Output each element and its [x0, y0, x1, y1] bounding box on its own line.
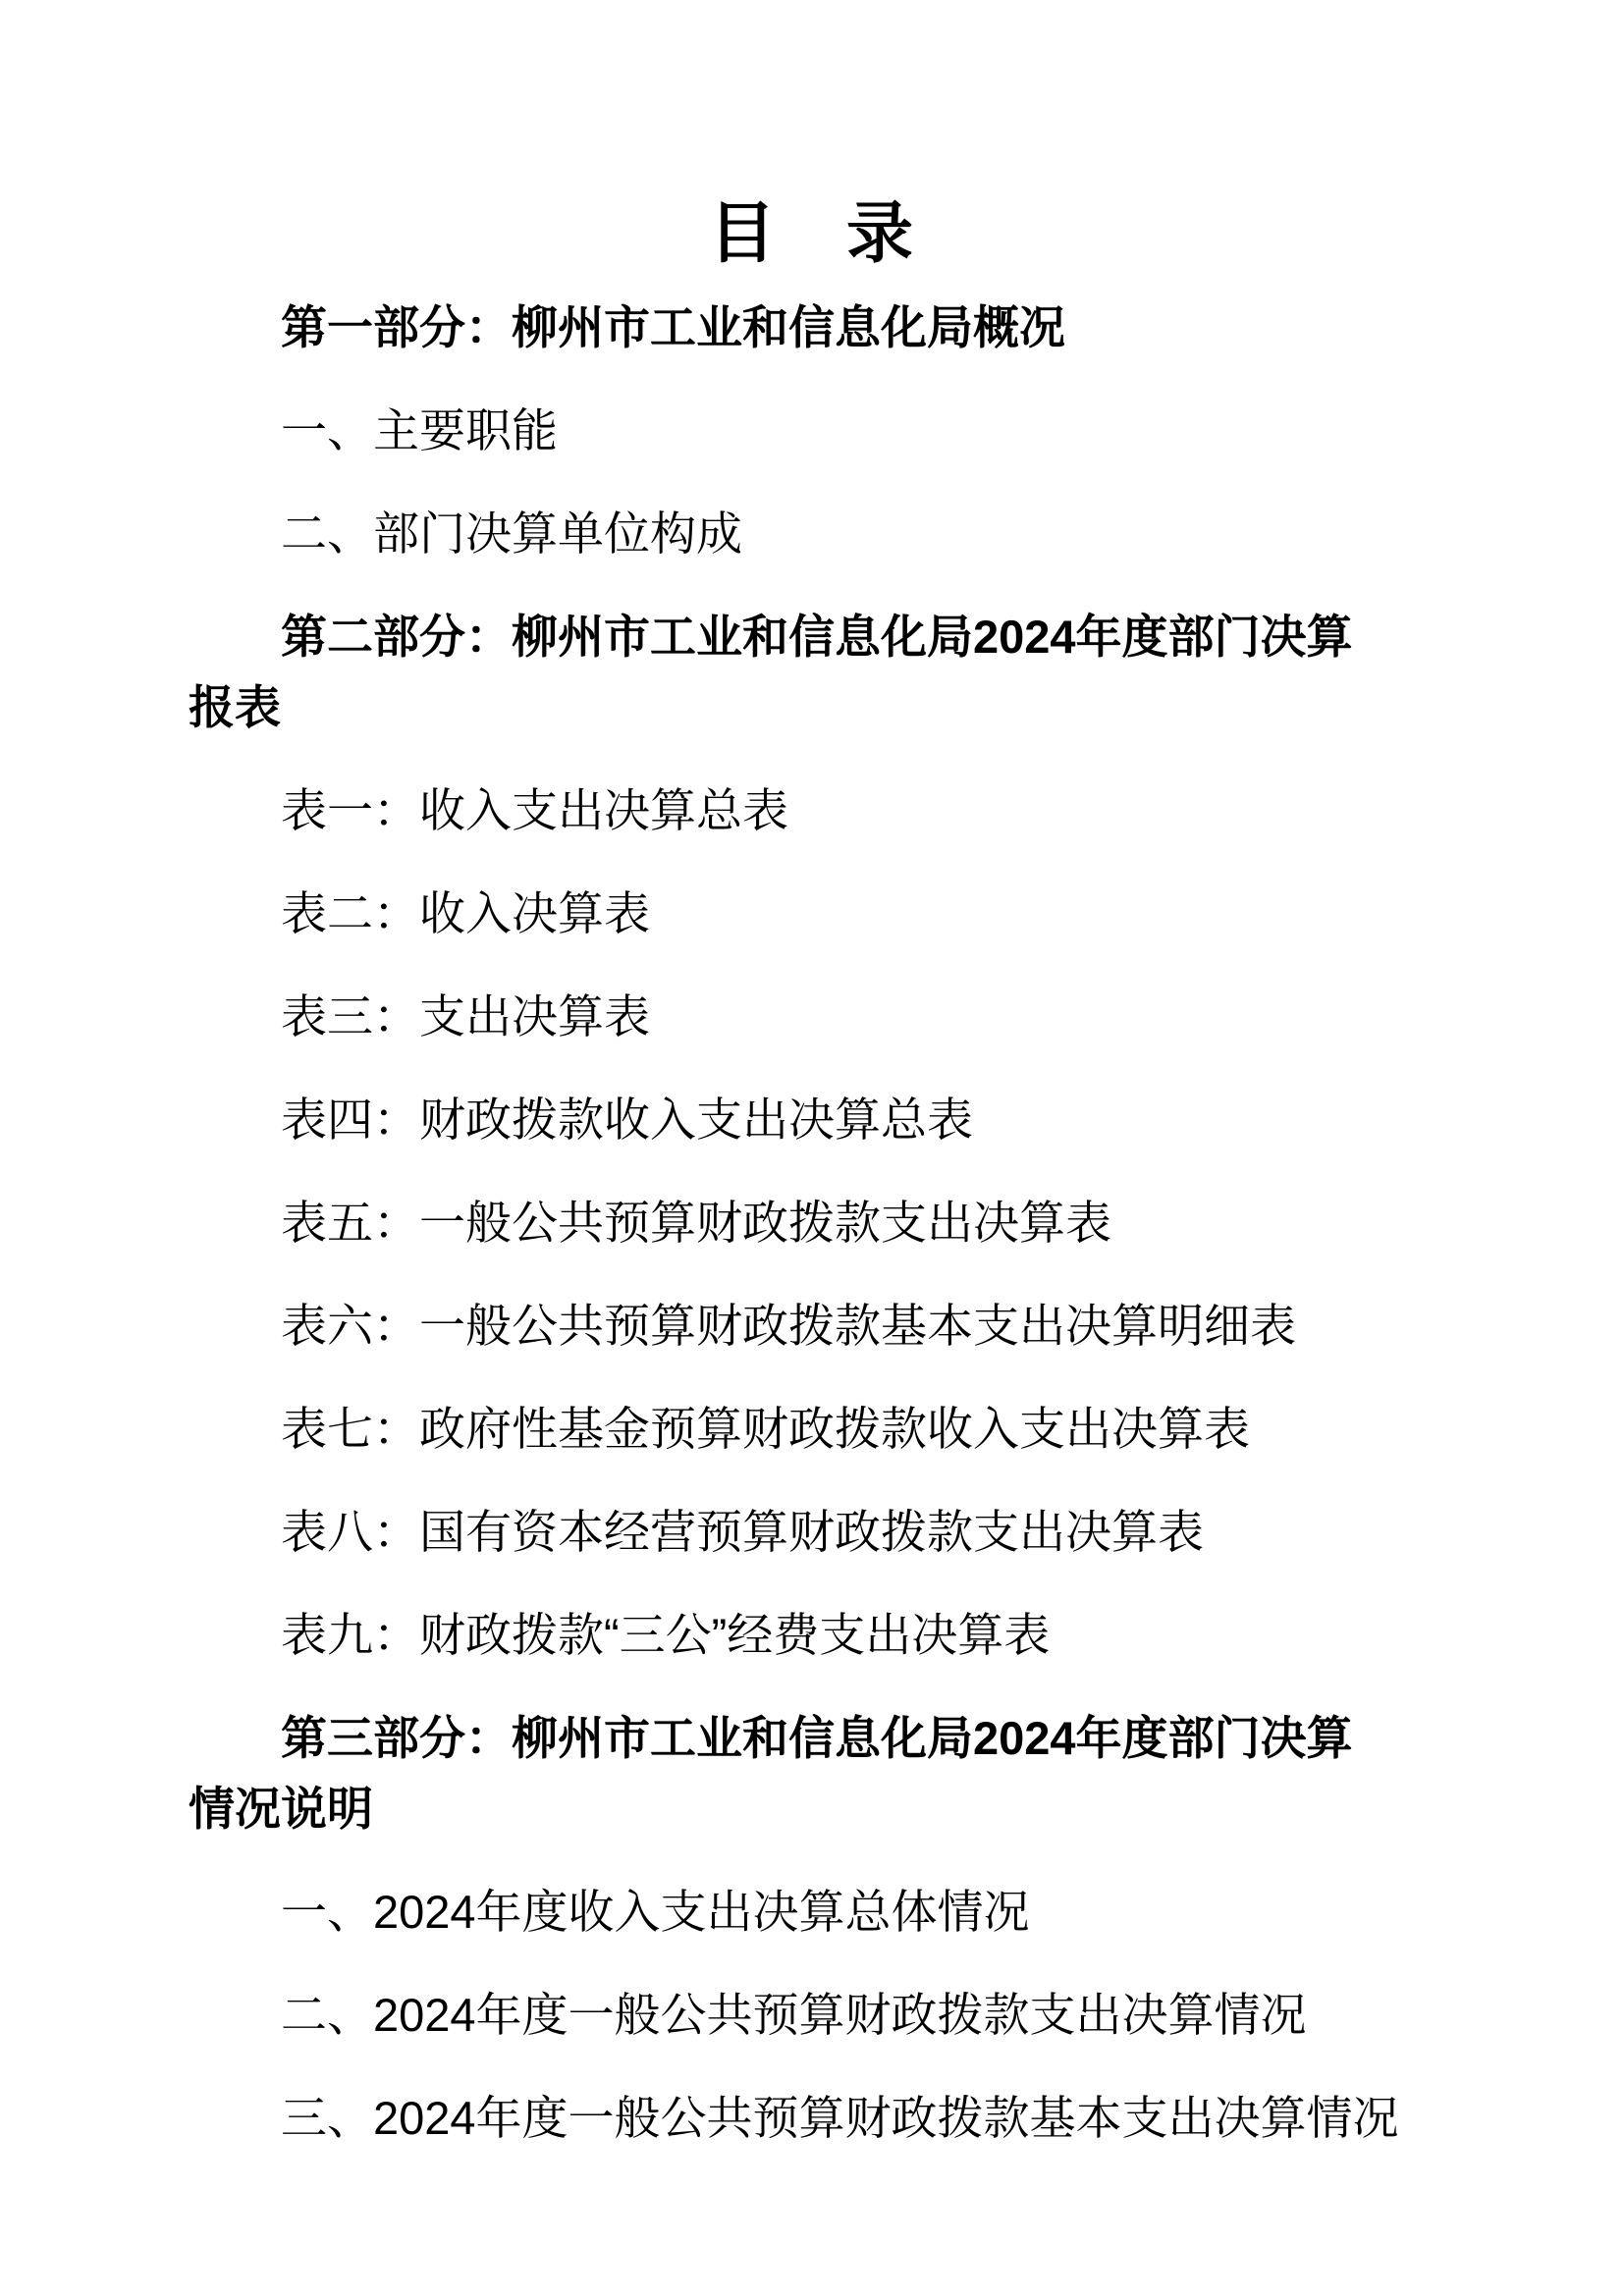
toc-heading-part-3-line-2: 情况说明: [189, 1783, 373, 1835]
toc-item-table-5: 表五：一般公共预算财政拨款支出决算表: [189, 1188, 1437, 1258]
toc-heading-part-1: 第一部分：柳州市工业和信息化局概况: [189, 293, 1437, 363]
document-page: { "page": { "title": "目 录" }, "colors": …: [0, 0, 1624, 2296]
toc-item-table-4: 表四：财政拨款收入支出决算总表: [189, 1085, 1437, 1155]
toc-item-note-3: 三、2024年度一般公共预算财政拨款基本支出决算情况: [189, 2083, 1437, 2154]
toc-item-table-2: 表二：收入决算表: [189, 879, 1437, 949]
toc-item-note-2: 二、2024年度一般公共预算财政拨款支出决算情况: [189, 1980, 1437, 2051]
toc-item-department-unit-composition: 二、部门决算单位构成: [189, 499, 1437, 569]
toc-item-note-1: 一、2024年度收入支出决算总体情况: [189, 1877, 1437, 1948]
toc-heading-part-2-line-1: 第二部分：柳州市工业和信息化局2024年度部门决算: [281, 611, 1353, 663]
toc-heading-part-3: 第三部分：柳州市工业和信息化局2024年度部门决算情况说明: [189, 1703, 1437, 1844]
toc-item-table-1: 表一：收入支出决算总表: [189, 775, 1437, 846]
page-title: 目 录: [0, 0, 1624, 275]
table-of-contents: 第一部分：柳州市工业和信息化局概况 一、主要职能 二、部门决算单位构成 第二部分…: [0, 275, 1624, 2154]
toc-item-main-duties: 一、主要职能: [189, 396, 1437, 466]
toc-item-table-9: 表九：财政拨款“三公”经费支出决算表: [189, 1600, 1437, 1671]
toc-page: 目 录 第一部分：柳州市工业和信息化局概况 一、主要职能 二、部门决算单位构成 …: [0, 0, 1624, 2296]
toc-item-table-7: 表七：政府性基金预算财政拨款收入支出决算表: [189, 1394, 1437, 1465]
toc-heading-part-2: 第二部分：柳州市工业和信息化局2024年度部门决算报表: [189, 602, 1437, 743]
toc-heading-part-2-line-2: 报表: [189, 681, 281, 733]
toc-item-table-3: 表三：支出决算表: [189, 982, 1437, 1052]
toc-heading-part-3-line-1: 第三部分：柳州市工业和信息化局2024年度部门决算: [281, 1712, 1353, 1764]
toc-item-table-8: 表八：国有资本经营预算财政拨款支出决算表: [189, 1497, 1437, 1568]
toc-item-table-6: 表六：一般公共预算财政拨款基本支出决算明细表: [189, 1291, 1437, 1362]
